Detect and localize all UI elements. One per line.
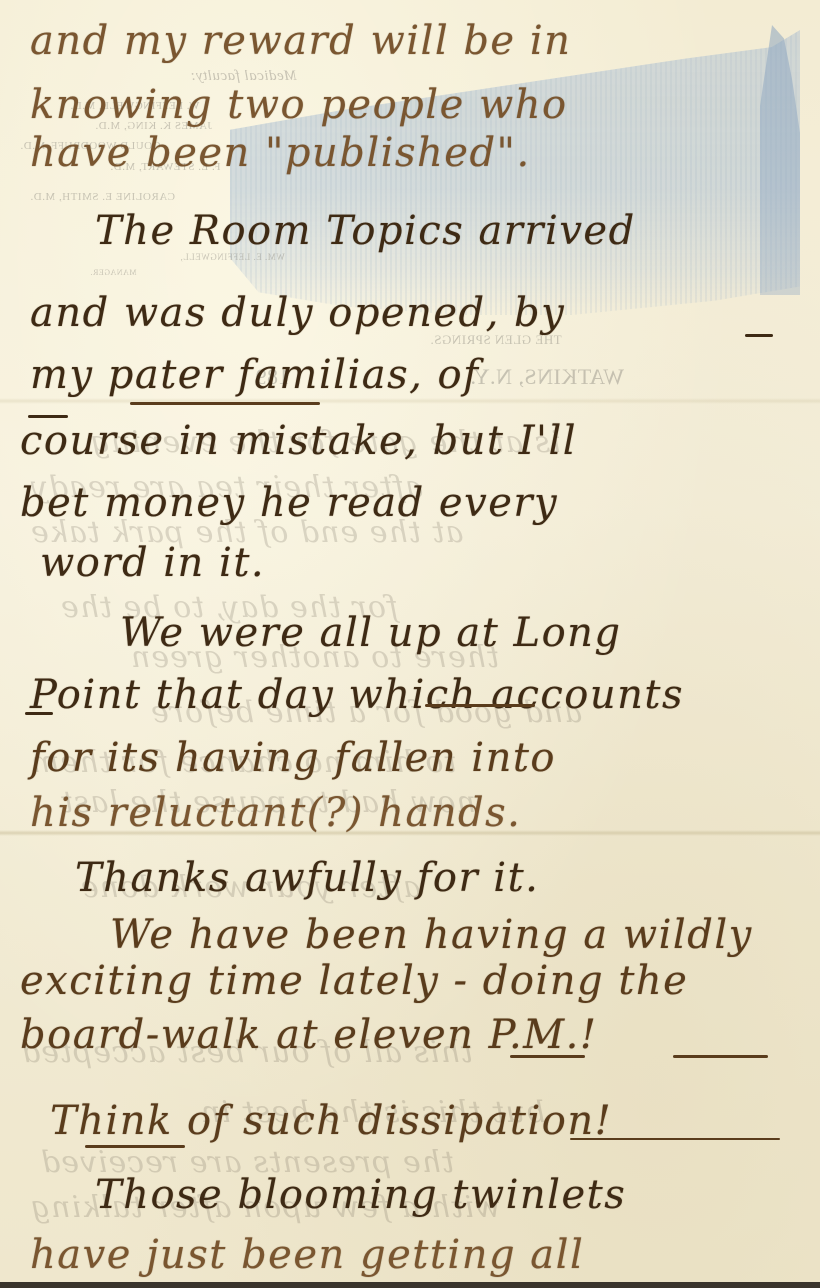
letter-line: word in it. [40,540,265,586]
letter-line: board-walk at eleven P.M.! [20,1012,597,1058]
letter-line: my pater familias, of [30,352,479,398]
letter-line: knowing two people who [30,82,568,128]
letterhead-location: WATKINS, N.Y. [470,364,624,390]
underline-think [85,1145,185,1148]
letter-line: and was duly opened, by [30,290,565,336]
underline-by [745,334,773,337]
letter-line: We have been having a wildly [110,912,753,958]
scan-bottom-edge [0,1282,820,1288]
letter-line: Those blooming twinlets [95,1172,626,1218]
letter-line: The Room Topics arrived [95,208,636,254]
letter-line: exciting time lately - doing the [20,958,688,1004]
letterhead-manager-title: MANAGER. [90,268,136,277]
letter-line: Thanks awfully for it. [75,855,539,901]
letter-page: Medical faculty: W. LEFFINGWELL, M.D. JA… [0,0,820,1282]
underline-point [25,712,53,715]
letter-line: We were all up at Long [120,610,622,656]
letter-line: for its having fallen into [30,735,556,781]
letterhead-faculty-member: CAROLINE E. SMITH, M.D. [30,191,175,203]
underline-pm [673,1055,768,1058]
letter-line: Point that day which accounts [30,672,684,718]
paper-fold-line [0,398,820,404]
underline-pater-familias [130,402,320,405]
letter-line: bet money he read every [20,480,558,526]
letter-line: have been "published". [30,130,531,176]
letter-line: his reluctant(?) hands. [30,790,521,836]
underline-eleven [510,1055,585,1058]
underline-dissipation [570,1138,780,1140]
letter-line: have just been getting all [30,1232,584,1278]
underline-which [425,704,535,707]
letter-line: Think of such dissipation! [50,1098,612,1144]
letter-line: and my reward will be in [30,18,571,64]
letter-line: course in mistake, but I'll [20,418,577,464]
